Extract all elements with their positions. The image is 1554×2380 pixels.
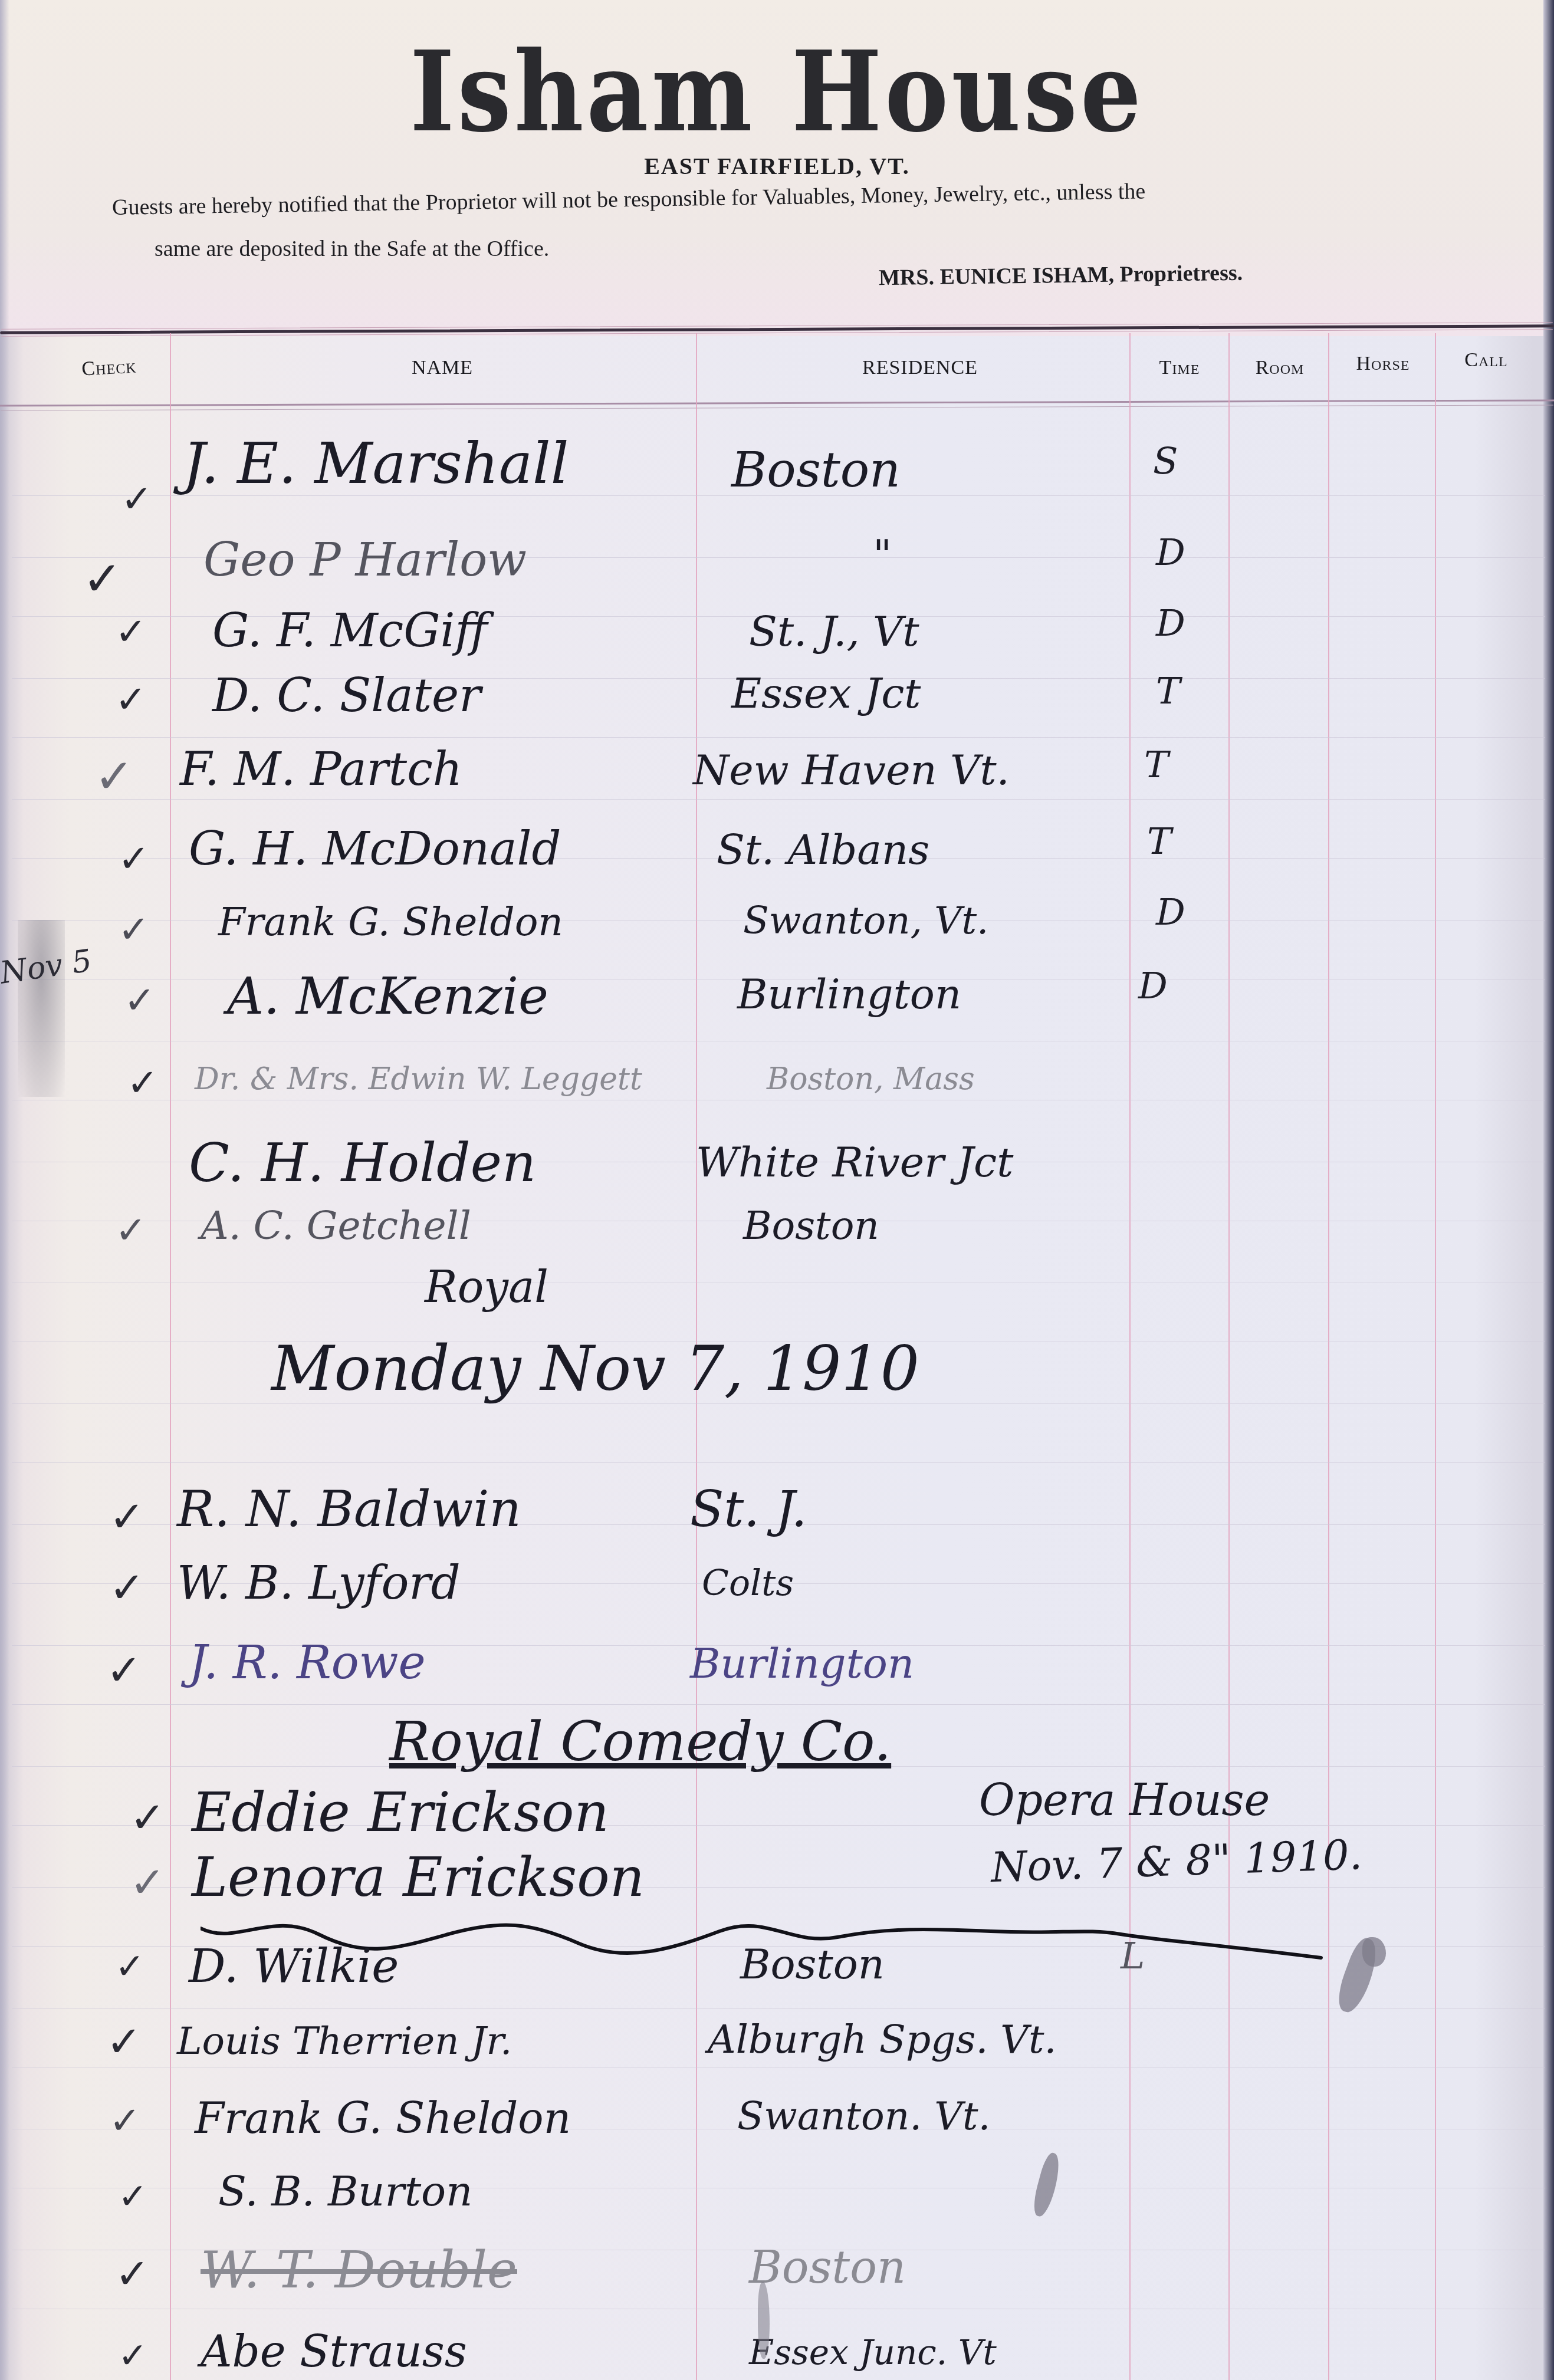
guest-name: Frank G. Sheldon	[195, 2093, 571, 2143]
meal-time-mark: D	[1156, 890, 1185, 933]
guest-name: D. Wilkie	[189, 1940, 399, 1993]
guest-residence: Colts	[702, 1563, 794, 1604]
guest-residence: "	[873, 531, 892, 579]
column-header-room: Room	[1233, 357, 1327, 379]
guest-name: J. E. Marshall	[183, 430, 569, 497]
divider-check-name	[170, 333, 171, 2380]
checkmark-icon: ✓	[109, 2099, 141, 2143]
guest-name: C. H. Holden	[189, 1132, 536, 1194]
guest-name: S. B. Burton	[218, 2167, 472, 2215]
checkmark-icon: ✓	[124, 979, 156, 1023]
checkmark-icon: ✓	[118, 2335, 147, 2376]
checkmark-icon: ✓	[106, 1645, 142, 1695]
margin-date-annotation: Nov 5	[0, 943, 94, 991]
meal-time-mark: L	[1121, 1934, 1145, 1977]
guest-residence: Alburgh Spgs. Vt.	[708, 2017, 1057, 2062]
guest-residence: St. J.	[690, 1480, 807, 1538]
royal-annotation: Royal	[425, 1262, 548, 1313]
meal-time-mark: D	[1156, 601, 1185, 645]
guest-residence: Burlington	[690, 1639, 914, 1688]
ruling-line	[12, 1100, 1545, 1100]
meal-time-mark: T	[1147, 820, 1171, 863]
liability-notice-line2: same are deposited in the Safe at the Of…	[155, 236, 549, 262]
guest-residence: Essex Junc. Vt	[749, 2332, 997, 2372]
divider-room-horse	[1328, 333, 1329, 2380]
guest-residence: New Haven Vt.	[693, 746, 1010, 794]
checkmark-icon: ✓	[115, 2250, 150, 2298]
column-header-time: Time	[1135, 357, 1224, 379]
hotel-location: EAST FAIRFIELD, VT.	[0, 152, 1554, 180]
meal-time-mark: D	[1138, 964, 1168, 1007]
guest-name: Eddie Erickson	[192, 1781, 609, 1844]
column-header-call: Call	[1439, 349, 1533, 372]
ruling-line	[12, 2067, 1545, 2067]
ink-blot	[1030, 2151, 1063, 2218]
checkmark-icon: ✓	[130, 1793, 165, 1842]
checkmark-icon: ✓	[127, 1061, 159, 1105]
guest-residence: Opera House	[979, 1775, 1270, 1826]
checkmark-icon: ✓	[130, 1858, 165, 1907]
ink-blot	[1362, 1937, 1386, 1967]
binding-shadow	[1543, 0, 1554, 2380]
guest-name: Geo P Harlow	[203, 534, 527, 587]
guest-residence: Boston	[743, 1203, 879, 1248]
checkmark-icon: ✓	[118, 837, 150, 881]
guest-residence: Boston	[749, 2241, 906, 2293]
divider-residence-time	[1129, 333, 1131, 2380]
guest-name: A. McKenzie	[227, 967, 548, 1026]
ruling-line	[12, 2309, 1545, 2309]
guest-name: Abe Strauss	[201, 2326, 467, 2377]
column-header-name: NAME	[354, 357, 531, 379]
guest-name: W. T. Double	[201, 2241, 517, 2300]
ruling-line	[12, 1462, 1545, 1463]
guest-name: A. C. Getchell	[201, 1203, 471, 1248]
guest-name: F. M. Partch	[180, 743, 462, 796]
checkmark-icon: ✓	[106, 2017, 142, 2066]
column-header-check: Check	[64, 354, 154, 382]
guest-residence: Swanton. Vt.	[737, 2093, 990, 2139]
ruling-line	[12, 1704, 1545, 1705]
guest-name: J. R. Rowe	[189, 1636, 426, 1689]
checkmark-icon: ✓	[121, 478, 153, 521]
checkmark-icon: ✓	[115, 678, 147, 722]
guest-residence: Essex Jct	[731, 669, 921, 718]
guest-name: G. F. McGiff	[212, 604, 488, 658]
checkmark-icon: ✓	[94, 749, 134, 804]
guest-name: Lenora Erickson	[192, 1846, 645, 1909]
guest-name: Frank G. Sheldon	[218, 899, 563, 945]
date-heading: Monday Nov 7, 1910	[271, 1333, 919, 1405]
checkmark-icon: ✓	[118, 908, 150, 952]
ink-blot	[758, 2282, 770, 2359]
meal-time-mark: S	[1153, 439, 1178, 482]
ink-smudge	[18, 920, 65, 1097]
ruling-line	[12, 1283, 1545, 1283]
divider-time-room	[1228, 333, 1230, 2380]
column-header-residence: RESIDENCE	[826, 357, 1014, 379]
guest-residence: Nov. 7 & 8" 1910.	[990, 1830, 1363, 1892]
guest-residence: Boston	[740, 1940, 885, 1988]
checkmark-icon: ✓	[115, 1946, 144, 1987]
meal-time-mark: D	[1156, 531, 1185, 574]
page-left-shadow	[0, 0, 9, 2380]
ruling-line	[12, 737, 1545, 738]
guest-residence: Boston	[731, 442, 901, 498]
header-bottom-rule	[0, 399, 1554, 406]
ruling-line	[12, 1041, 1545, 1041]
guest-name: G. H. McDonald	[189, 823, 561, 876]
column-header-horse: Horse	[1333, 353, 1433, 375]
guest-residence: Boston, Mass	[767, 1061, 975, 1097]
company-heading: Royal Comedy Co.	[389, 1710, 891, 1773]
proprietress-line: MRS. EUNICE ISHAM, Proprietress.	[879, 260, 1243, 291]
checkmark-icon: ✓	[118, 2176, 147, 2217]
ruling-line	[12, 799, 1545, 800]
hotel-title: Isham House	[109, 27, 1445, 157]
divider-horse-call	[1435, 333, 1436, 2380]
guest-name: W. B. Lyford	[177, 1557, 461, 1610]
guest-residence: St. J., Vt	[749, 607, 919, 656]
meal-time-mark: T	[1156, 669, 1180, 712]
checkmark-icon: ✓	[109, 1492, 144, 1541]
guest-name: R. N. Baldwin	[177, 1480, 521, 1538]
guest-name: Dr. & Mrs. Edwin W. Leggett	[195, 1061, 642, 1097]
checkmark-icon: ✓	[115, 610, 147, 654]
guest-name: D. C. Slater	[212, 669, 481, 722]
register-page: Isham House EAST FAIRFIELD, VT. Guests a…	[0, 0, 1554, 2380]
ruling-line	[12, 2008, 1545, 2008]
guest-residence: St. Albans	[717, 826, 929, 874]
checkmark-icon: ✓	[109, 1563, 144, 1612]
guest-residence: White River Jct	[696, 1138, 1013, 1186]
guest-residence: Burlington	[737, 970, 961, 1018]
checkmark-icon: ✓	[115, 1209, 147, 1253]
guest-residence: Swanton, Vt.	[743, 899, 988, 943]
guest-name: Louis Therrien Jr.	[177, 2020, 512, 2063]
meal-time-mark: T	[1144, 743, 1168, 786]
checkmark-icon: ✓	[83, 551, 122, 606]
